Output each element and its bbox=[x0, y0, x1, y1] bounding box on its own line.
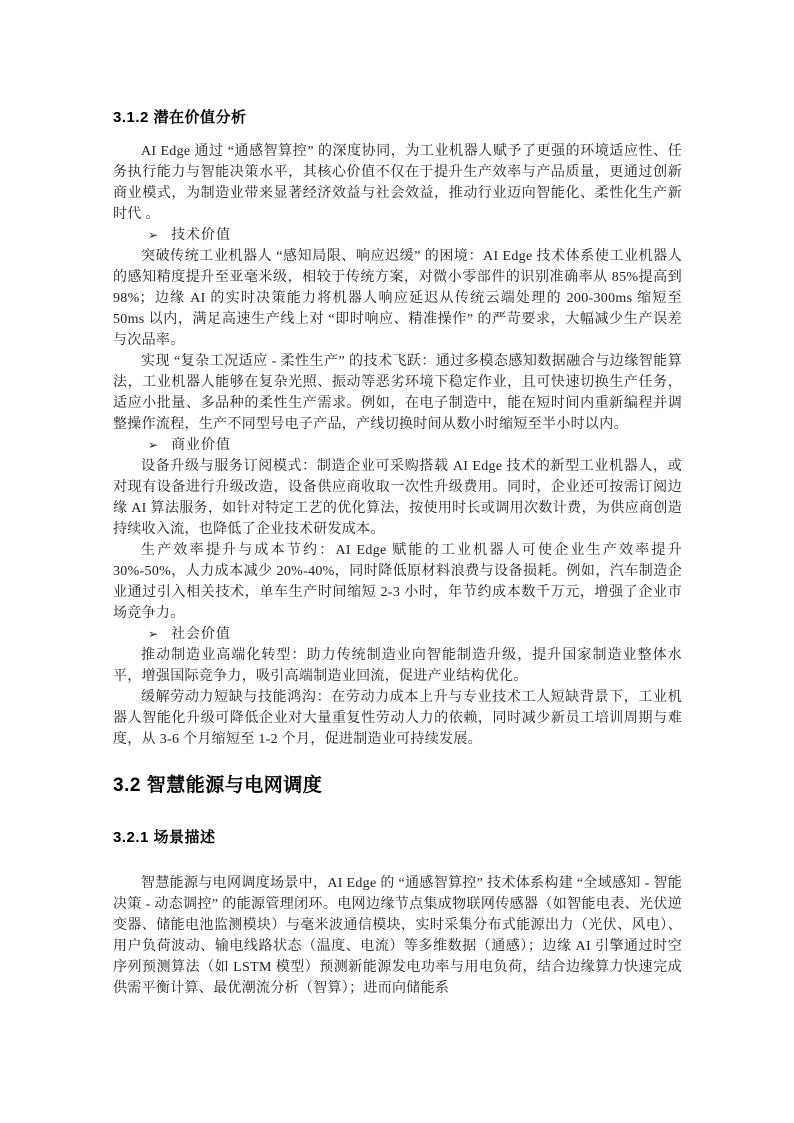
bullet-item-social-value: ➢社会价值 bbox=[113, 624, 682, 645]
heading-3-2-1-scenario-description: 3.2.1 场景描述 bbox=[113, 828, 682, 847]
heading-3-2-smart-energy-grid: 3.2 智慧能源与电网调度 bbox=[113, 774, 682, 798]
document-page: 3.1.2 潜在价值分析 AI Edge 通过 “通感智算控” 的深度协同，为工… bbox=[0, 0, 794, 1123]
bullet-business-value-label: 商业价值 bbox=[171, 438, 231, 453]
arrow-bullet-icon: ➢ bbox=[148, 228, 158, 242]
para-device-upgrade-subscription: 设备升级与服务订阅模式：制造企业可采购搭载 AI Edge 技术的新型工业机器人… bbox=[113, 456, 682, 540]
bullet-social-value-label: 社会价值 bbox=[171, 627, 231, 642]
para-labor-shortage: 缓解劳动力短缺与技能鸿沟：在劳动力成本上升与专业技术工人短缺背景下，工业机器人智… bbox=[113, 687, 682, 750]
heading-3-1-2-potential-value-analysis: 3.1.2 潜在价值分析 bbox=[113, 108, 682, 127]
para-ai-edge-overview: AI Edge 通过 “通感智算控” 的深度协同，为工业机器人赋予了更强的环境适… bbox=[113, 141, 682, 225]
arrow-bullet-icon: ➢ bbox=[148, 627, 158, 641]
para-tech-breakthrough: 突破传统工业机器人 “感知局限、响应迟缓” 的困境：AI Edge 技术体系使工… bbox=[113, 246, 682, 351]
para-energy-scenario: 智慧能源与电网调度场景中，AI Edge 的 “通感智算控” 技术体系构建 “全… bbox=[113, 873, 682, 999]
para-manufacturing-upgrade: 推动制造业高端化转型：助力传统制造业向智能制造升级，提升国家制造业整体水平，增强… bbox=[113, 645, 682, 687]
arrow-bullet-icon: ➢ bbox=[148, 438, 158, 452]
para-flexible-production: 实现 “复杂工况适应 - 柔性生产” 的技术飞跃：通过多模态感知数据融合与边缘智… bbox=[113, 351, 682, 435]
bullet-tech-value-label: 技术价值 bbox=[171, 228, 231, 243]
bullet-item-tech-value: ➢技术价值 bbox=[113, 225, 682, 246]
bullet-item-business-value: ➢商业价值 bbox=[113, 435, 682, 456]
para-efficiency-cost-saving: 生产效率提升与成本节约：AI Edge 赋能的工业机器人可使企业生产效率提升 3… bbox=[113, 540, 682, 624]
